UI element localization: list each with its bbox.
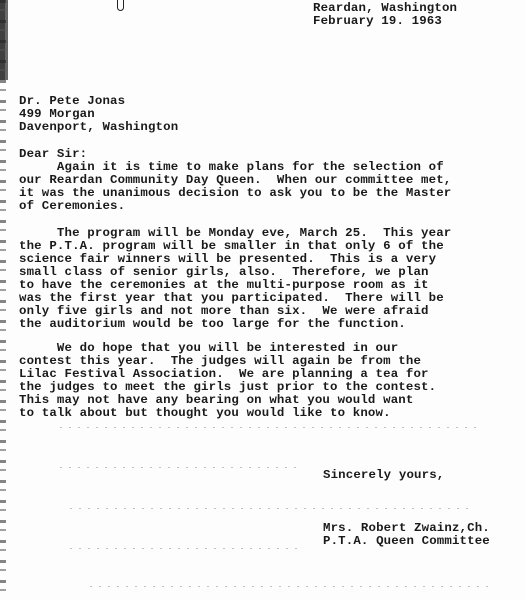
scan-noise — [70, 548, 300, 549]
signature-title: P.T.A. Queen Committee — [323, 535, 490, 548]
scan-noise — [60, 427, 480, 428]
recipient-city: Davenport, Washington — [19, 121, 178, 134]
letter-page: Reardan, Washington February 19. 1963 Dr… — [0, 0, 526, 600]
paragraph-line: to talk about but thought you would like… — [19, 407, 391, 420]
staple-mark — [117, 0, 124, 11]
paragraph-line: the auditorium would be too large for th… — [19, 318, 406, 331]
closing: Sincerely yours, — [323, 469, 444, 482]
scan-noise — [60, 467, 300, 468]
scan-noise — [70, 508, 470, 509]
scan-noise — [90, 586, 490, 587]
scan-edge-noise — [0, 0, 6, 600]
paragraph-line: of Ceremonies. — [19, 200, 125, 213]
letter-date: February 19. 1963 — [313, 15, 442, 28]
